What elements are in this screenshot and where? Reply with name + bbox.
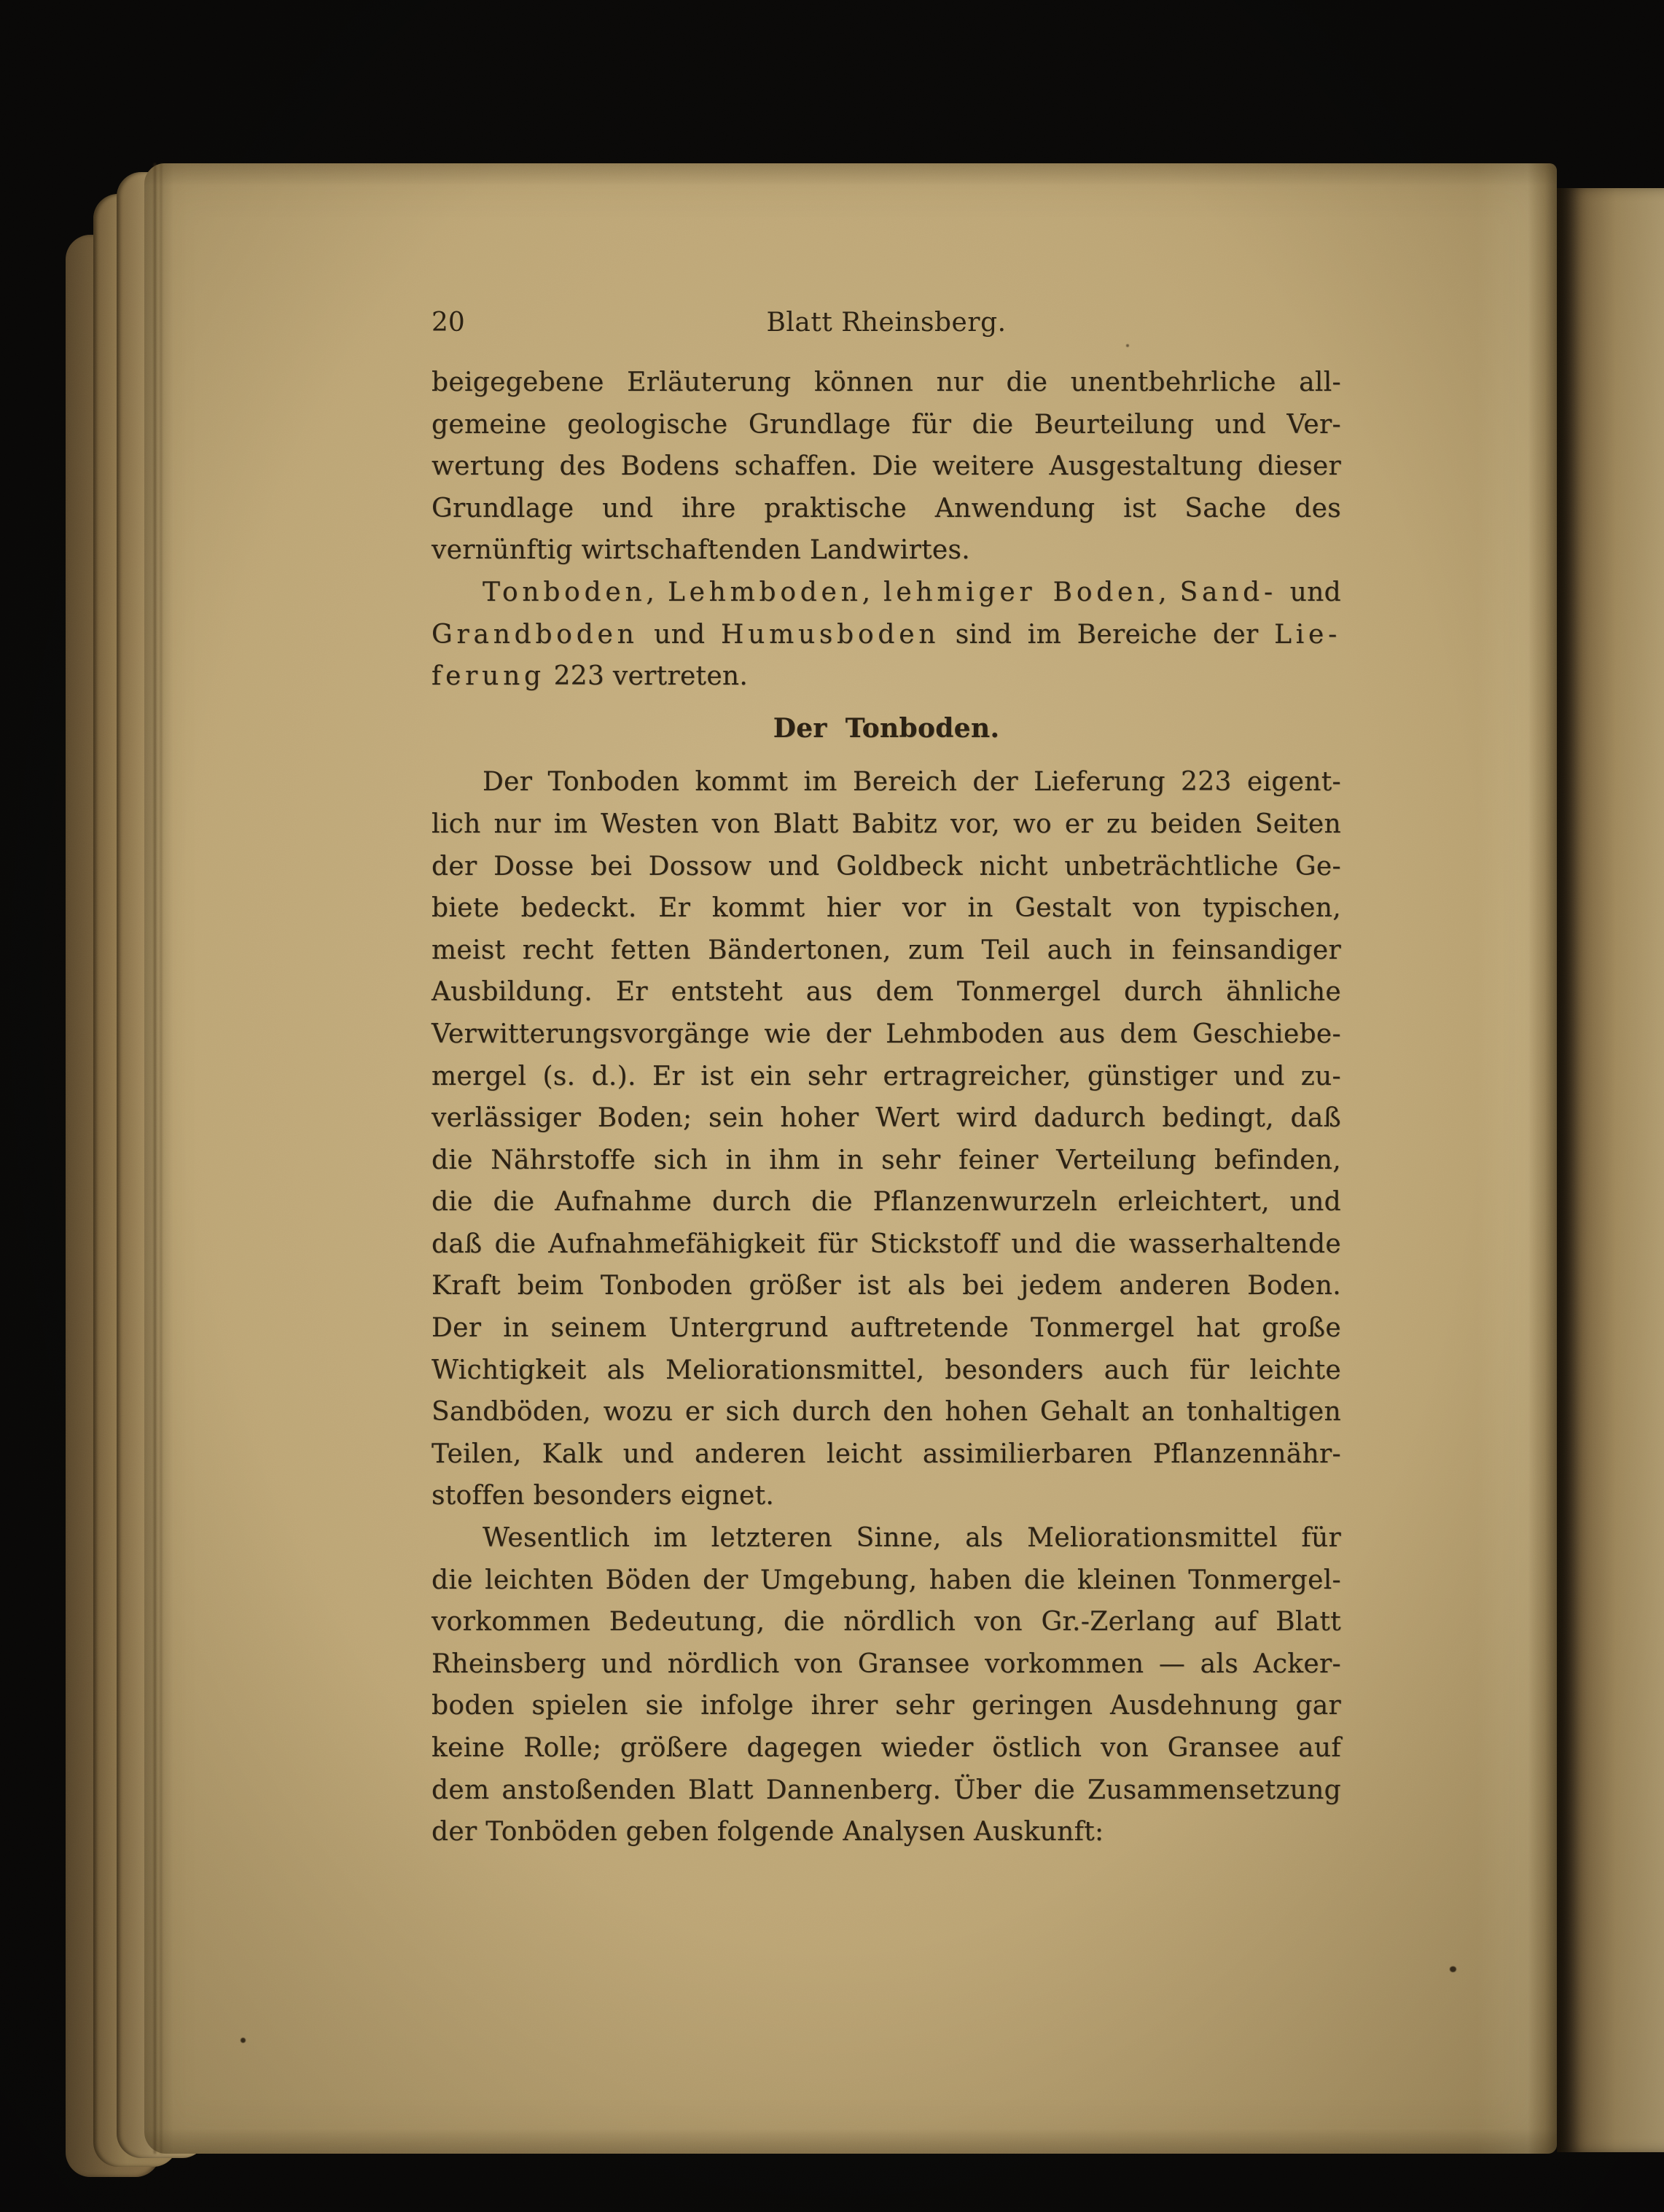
text-segment: Kraft beim Tonboden größer ist als bei j… <box>431 1271 1341 1301</box>
text-segment: und <box>638 620 721 650</box>
text-segment: die Nährstoffe sich in ihm in sehr feine… <box>431 1145 1341 1175</box>
text-segment: Der in seinem Untergrund auftretende Ton… <box>431 1313 1341 1343</box>
text-line: dem anstoßenden Blatt Dannenberg. Über d… <box>431 1769 1341 1812</box>
text-line: der Dosse bei Dossow und Goldbeck nicht … <box>431 846 1341 888</box>
text-segment: Ausbildung. Er entsteht aus dem Tonmerge… <box>431 977 1341 1007</box>
text-line: gemeine geologische Grundlage für die Be… <box>431 404 1341 446</box>
text-line: beigegebene Erläuterung können nur die u… <box>431 362 1341 404</box>
text-segment: 223 vertreten. <box>545 661 748 691</box>
text-line: Tonboden, Lehmboden, lehmiger Boden, San… <box>431 572 1341 614</box>
text-segment: gemeine geologische Grundlage für die Be… <box>431 410 1341 440</box>
text-segment: Wesentlich im letzteren Sinne, als Melio… <box>483 1523 1341 1553</box>
text-segment: , <box>862 577 884 607</box>
text-line: Teilen, Kalk und anderen leicht assimili… <box>431 1433 1341 1476</box>
text-segment: sind im Bereiche der <box>940 620 1274 650</box>
ink-speck <box>241 2038 246 2043</box>
text-segment: Verwitterungsvorgänge wie der Lehmboden … <box>431 1019 1341 1049</box>
text-line: vorkommen Bedeutung, die nördlich von Gr… <box>431 1601 1341 1643</box>
text-line: die die Aufnahme durch die Pflanzenwurze… <box>431 1181 1341 1223</box>
text-segment: meist recht fetten Bändertonen, zum Teil… <box>431 935 1341 965</box>
emphasized-term: Sand- <box>1180 577 1277 607</box>
text-line: verlässiger Boden; sein hoher Wert wird … <box>431 1097 1341 1140</box>
text-segment: die leichten Böden der Umgebung, haben d… <box>431 1565 1341 1595</box>
text-segment: , <box>1158 577 1180 607</box>
text-line: lich nur im Westen von Blatt Babitz vor,… <box>431 803 1341 846</box>
text-segment: vorkommen Bedeutung, die nördlich von Gr… <box>431 1607 1341 1637</box>
text-segment: Grundlage und ihre praktische Anwendung … <box>431 494 1341 523</box>
emphasized-term: Tonboden <box>483 577 646 607</box>
text-line: Rheinsberg und nördlich von Gransee vork… <box>431 1643 1341 1686</box>
text-line: daß die Aufnahmefähigkeit für Stickstoff… <box>431 1223 1341 1266</box>
text-segment: Wichtigkeit als Meliorationsmittel, beso… <box>431 1355 1341 1385</box>
emphasized-term: Lehmboden <box>668 577 862 607</box>
text-segment: daß die Aufnahmefähigkeit für Stickstoff… <box>431 1229 1341 1259</box>
text-line: Kraft beim Tonboden größer ist als bei j… <box>431 1265 1341 1307</box>
text-segment: der Tonböden geben folgende Analysen Aus… <box>431 1817 1104 1847</box>
text-segment: Rheinsberg und nördlich von Gransee vork… <box>431 1649 1341 1679</box>
text-line: mergel (s. d.). Er ist ein sehr ertragre… <box>431 1056 1341 1098</box>
text-segment: dem anstoßenden Blatt Dannenberg. Über d… <box>431 1775 1341 1805</box>
text-segment: , <box>646 577 668 607</box>
text-line: wertung des Bodens schaffen. Die weitere… <box>431 445 1341 488</box>
text-line: biete bedeckt. Er kommt hier vor in Gest… <box>431 887 1341 930</box>
text-segment: verlässiger Boden; sein hoher Wert wird … <box>431 1103 1341 1133</box>
text-line: keine Rolle; größere dagegen wieder östl… <box>431 1727 1341 1769</box>
emphasized-term: Grandboden <box>431 620 638 650</box>
scan-background: 20 Blatt Rheinsberg. beigegebene Erläute… <box>0 0 1664 2212</box>
section-heading: Der Tonboden. <box>431 708 1341 750</box>
running-title: Blatt Rheinsberg. <box>431 302 1341 344</box>
text-line: der Tonböden geben folgende Analysen Aus… <box>431 1811 1341 1853</box>
emphasized-term: lehmiger Boden <box>883 577 1158 607</box>
text-segment: vernünftig wirtschaftenden Landwirtes. <box>431 535 970 565</box>
text-line: Der Tonboden kommt im Bereich der Liefer… <box>431 761 1341 803</box>
text-line: ferung 223 vertreten. <box>431 655 1341 698</box>
text-line: boden spielen sie infolge ihrer sehr ger… <box>431 1685 1341 1727</box>
running-head: 20 Blatt Rheinsberg. <box>431 302 1341 344</box>
body-text: beigegebene Erläuterung können nur die u… <box>431 362 1341 1853</box>
text-segment: lich nur im Westen von Blatt Babitz vor,… <box>431 809 1341 839</box>
ink-speck <box>1126 344 1129 347</box>
text-line: Verwitterungsvorgänge wie der Lehmboden … <box>431 1013 1341 1056</box>
text-segment: boden spielen sie infolge ihrer sehr ger… <box>431 1691 1341 1721</box>
text-line: die leichten Böden der Umgebung, haben d… <box>431 1559 1341 1602</box>
facing-page-edge <box>1557 188 1664 2152</box>
text-segment: biete bedeckt. Er kommt hier vor in Gest… <box>431 893 1341 923</box>
text-segment: Der Tonboden. <box>773 713 1000 744</box>
page-left-crease <box>154 163 156 2154</box>
text-segment: keine Rolle; größere dagegen wieder östl… <box>431 1733 1341 1763</box>
text-line: die Nährstoffe sich in ihm in sehr feine… <box>431 1140 1341 1182</box>
text-line: Grundlage und ihre praktische Anwendung … <box>431 488 1341 530</box>
text-line: meist recht fetten Bändertonen, zum Teil… <box>431 930 1341 972</box>
text-segment: Sandböden, wozu er sich durch den hohen … <box>431 1397 1341 1427</box>
text-segment: Teilen, Kalk und anderen leicht assimili… <box>431 1439 1341 1469</box>
text-segment: die die Aufnahme durch die Pflanzenwurze… <box>431 1187 1341 1217</box>
text-line: Wichtigkeit als Meliorationsmittel, beso… <box>431 1350 1341 1392</box>
page-left-crease <box>160 163 162 2154</box>
text-line: Der in seinem Untergrund auftretende Ton… <box>431 1307 1341 1350</box>
ink-speck <box>1450 1966 1456 1972</box>
text-segment: stoffen besonders eignet. <box>431 1481 774 1511</box>
emphasized-term: ferung <box>431 661 545 691</box>
text-line: stoffen besonders eignet. <box>431 1475 1341 1517</box>
text-segment: mergel (s. d.). Er ist ein sehr ertragre… <box>431 1062 1341 1091</box>
emphasized-term: Humusboden <box>721 620 940 650</box>
emphasized-term: Lie- <box>1274 620 1341 650</box>
ink-speck <box>636 1788 638 1791</box>
book-page: 20 Blatt Rheinsberg. beigegebene Erläute… <box>144 163 1557 2154</box>
text-line: Grandboden und Humusboden sind im Bereic… <box>431 614 1341 656</box>
text-segment: und <box>1277 577 1341 607</box>
text-segment: Der Tonboden kommt im Bereich der Liefer… <box>483 767 1341 797</box>
text-segment: beigegebene Erläuterung können nur die u… <box>431 367 1341 397</box>
text-line: Sandböden, wozu er sich durch den hohen … <box>431 1391 1341 1433</box>
text-line: Ausbildung. Er entsteht aus dem Tonmerge… <box>431 971 1341 1013</box>
text-line: vernünftig wirtschaftenden Landwirtes. <box>431 529 1341 572</box>
text-line: Wesentlich im letzteren Sinne, als Melio… <box>431 1517 1341 1559</box>
text-segment: der Dosse bei Dossow und Goldbeck nicht … <box>431 852 1341 881</box>
text-segment: wertung des Bodens schaffen. Die weitere… <box>431 451 1341 481</box>
